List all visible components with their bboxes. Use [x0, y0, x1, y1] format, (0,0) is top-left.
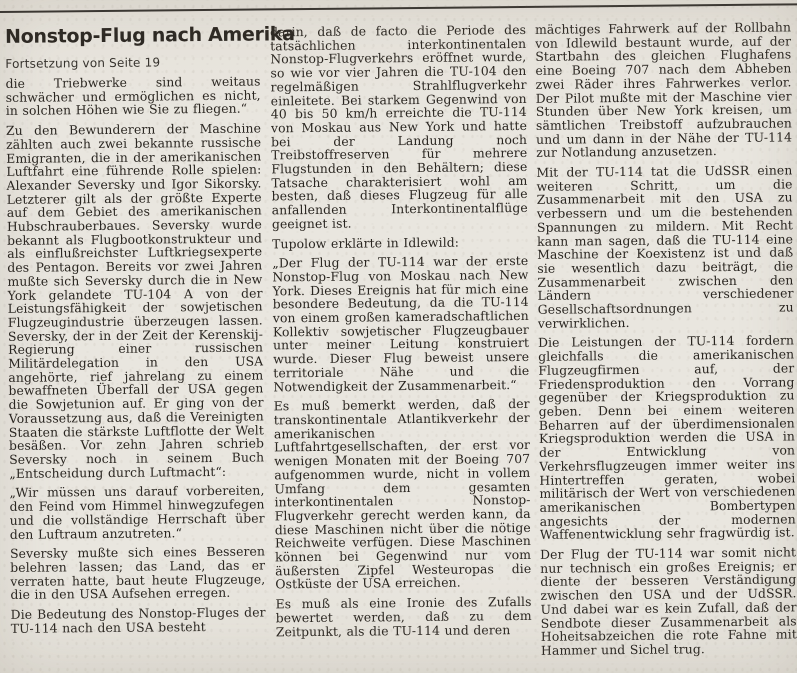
paragraph: Es muß als eine Ironie des Zufalls bewer… [275, 595, 531, 639]
paragraph: Seversky mußte sich eines Besseren beleh… [10, 545, 266, 602]
top-rule [0, 3, 797, 13]
paragraph: Es muß bemerkt werden, daß der transkont… [274, 397, 532, 591]
article-subtitle: Fortsetzung von Seite 19 [5, 54, 263, 70]
scanned-newspaper-page: Nonstop-Flug nach Amerika Fortsetzung vo… [0, 0, 797, 673]
paragraph: Die Leistungen der TU-114 fordern gleich… [538, 334, 796, 542]
article-header: Nonstop-Flug nach Amerika Fortsetzung vo… [5, 23, 263, 70]
article-title: Nonstop-Flug nach Amerika [5, 23, 263, 47]
paragraph: Mit der TU-114 tat die UdSSR einen weite… [536, 163, 794, 330]
text-column-2: darin, daß de facto die Periode des tats… [270, 23, 532, 666]
text-column-1: die Triebwerke sind weitaus schwächer un… [5, 74, 266, 668]
paragraph: die Triebwerke sind weitaus schwächer un… [5, 74, 260, 118]
paragraph: „Der Flug der TU-114 war der erste Nonst… [272, 254, 529, 393]
text-column-3: mächtiges Fahrwerk auf der Rollbahn von … [535, 20, 797, 663]
paragraph: mächtiges Fahrwerk auf der Rollbahn von … [535, 20, 792, 159]
paragraph: Der Flug der TU-114 war somit nicht nur … [540, 545, 797, 657]
paragraph: Tupolow erklärte in Idlewild: [272, 234, 528, 250]
paragraph: Zu den Bewunderern der Maschine zählten … [6, 122, 264, 481]
paragraph: darin, daß de facto die Periode des tats… [270, 23, 528, 231]
paragraph: Die Bedeutung des Nonstop-Fluges der TU-… [11, 605, 266, 635]
page-content: Nonstop-Flug nach Amerika Fortsetzung vo… [0, 0, 797, 673]
paragraph: „Wir müssen uns darauf vorbereiten, den … [9, 484, 265, 541]
